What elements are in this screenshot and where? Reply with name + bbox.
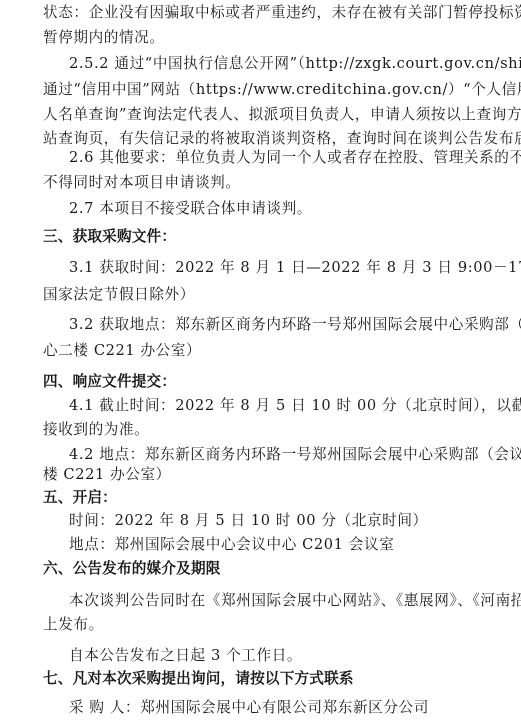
text-line: 2.6 其他要求：单位负责人为同一个人或者存在控股、管理关系的不同单位 [69,149,483,167]
text-line: 时间：2022 年 8 月 5 日 10 时 00 分（北京时间） [69,512,483,530]
section-heading: 六、公告发布的媒介及期限 [43,560,483,578]
text-line: 采 购 人：郑州国际会展中心有限公司郑东新区分公司 [69,699,483,717]
section-heading: 五、开启： [43,489,483,507]
text-line: 接收到的为准。 [43,421,483,439]
text-line: 站查询页，有失信记录的将被取消谈判资格，查询时间在谈判公告发布后。 [43,130,483,148]
text-line: 心二楼 C221 办公室） [43,342,483,360]
text-line: 4.1 截止时间：2022 年 8 月 5 日 10 时 00 分（北京时间），… [69,397,483,415]
text-line: 上发布。 [43,616,483,634]
text-line: 不得同时对本项目申请谈判。 [43,174,483,192]
text-line: 人名单查询”查询法定代表人、拟派项目负责人，申请人须按以上查询方式提供网 [43,106,483,124]
text-line: 状态：企业没有因骗取中标或者严重违约，未存在被有关部门暂停投标资格并在 [43,4,483,22]
text-line: 地点：郑州国际会展中心会议中心 C201 会议室 [69,536,483,554]
text-line: 楼 C221 办公室） [43,466,483,484]
text-line: 国家法定节假日除外） [43,286,483,304]
text-line: 3.2 获取地点：郑东新区商务内环路一号郑州国际会展中心采购部（会议中 [69,316,483,334]
text-line: 暂停期内的情况。 [43,29,483,47]
text-line: 2.5.2 通过“中国执行信息公开网”（http://zxgk.court.go… [69,55,483,73]
section-heading: 三、获取采购文件： [43,228,483,246]
text-line: 本次谈判公告同时在《郑州国际会展中心网站》、《惠展网》、《河南招标网》 [69,592,483,610]
section-heading: 四、响应文件提交： [43,373,483,391]
text-line: 通过“信用中国”网站（https://www.creditchina.gov.c… [43,81,483,99]
text-line: 2.7 本项目不接受联合体申请谈判。 [69,200,483,218]
text-line: 3.1 获取时间：2022 年 8 月 1 日—2022 年 8 月 3 日 9… [69,259,483,277]
section-heading: 七、凡对本次采购提出询问，请按以下方式联系 [43,670,483,688]
text-line: 4.2 地点：郑东新区商务内环路一号郑州国际会展中心采购部（会议中心二 [69,446,483,464]
text-line: 自本公告发布之日起 3 个工作日。 [69,647,483,665]
